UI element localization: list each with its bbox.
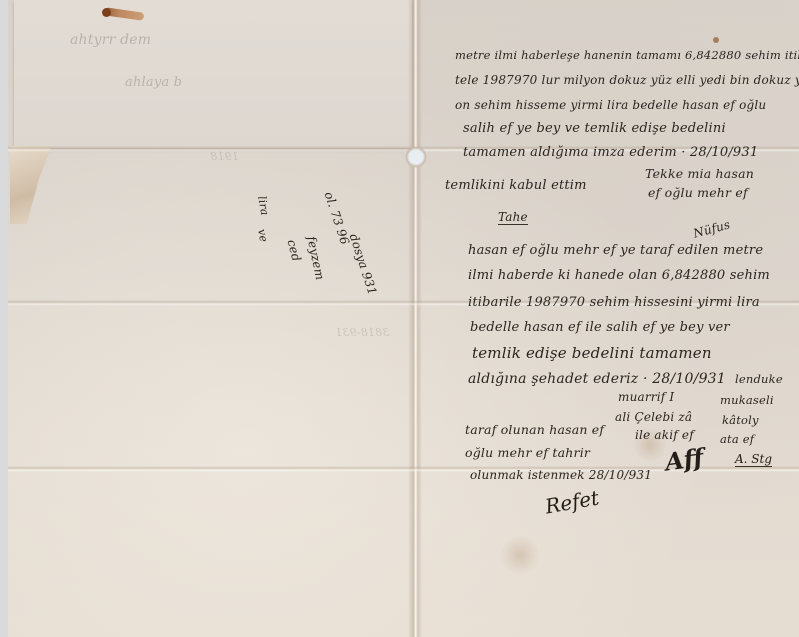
witness-line: ilmi haberde ki hanede olan 6,842880 seh…	[468, 268, 770, 283]
right-block-line: kâtoly	[722, 413, 759, 427]
rust-spot	[713, 37, 719, 43]
document-photo: ahtyrr dem ahlaya b ol. 73 96 dosya 931 …	[0, 0, 799, 637]
faint-handwriting: ahlaya b	[125, 75, 182, 90]
bleed-through-text: 1918	[210, 150, 239, 163]
right-block-line: mukaseli	[720, 393, 774, 407]
rotated-note: ve	[255, 228, 270, 243]
acceptor-name: Tekke mia hasan	[645, 166, 754, 181]
folded-flap	[14, 0, 412, 148]
witness-line: temlik edişe bedelini tamamen	[472, 344, 712, 362]
rust-spot	[102, 8, 111, 17]
bleed-through-text: 3818-931	[335, 326, 389, 339]
witness-line: hasan ef oğlu mehr ef ye taraf edilen me…	[468, 243, 763, 258]
right-block-line: ata ef	[720, 432, 754, 446]
handwritten-line: on sehim hisseme yirmi lira bedelle hasa…	[455, 98, 766, 112]
handwritten-line: tamamen aldığıma imza ederim · 28/10/931	[463, 145, 758, 160]
muarrif-line: muarrif I	[618, 390, 674, 404]
handwritten-line: metre ilmi haberleşe hanenin tamamı 6,84…	[455, 48, 799, 62]
muarrif-line: ali Çelebi zâ	[615, 410, 692, 424]
faint-handwriting: ahtyrr dem	[70, 32, 151, 48]
muarrif-line: ile akif ef	[635, 428, 694, 442]
tahe-heading: Tahe	[498, 210, 528, 225]
right-block-line: lenduke	[735, 372, 783, 386]
bottom-left-line: olunmak istenmek 28/10/931	[470, 468, 652, 482]
handwritten-line: salih ef ye bey ve temlik edişe bedelini	[463, 121, 726, 136]
witness-line: bedelle hasan ef ile salih ef ye bey ver	[470, 320, 730, 335]
water-stain	[500, 535, 540, 575]
signature-center: Aff	[663, 442, 705, 476]
vertical-fold-crease	[408, 0, 422, 637]
witness-line: itibarile 1987970 sehim hissesini yirmi …	[468, 295, 760, 310]
witness-line: aldığına şehadet ederiz · 28/10/931	[468, 371, 726, 387]
bottom-left-line: taraf olunan hasan ef	[465, 422, 604, 437]
handwritten-line: tele 1987970 lur milyon dokuz yüz elli y…	[455, 73, 799, 87]
acceptance-line: temlikini kabul ettim	[445, 178, 587, 193]
signature-right: A. Stg	[735, 452, 772, 467]
bottom-left-line: oğlu mehr ef tahrir	[465, 445, 590, 460]
acceptor-name: ef oğlu mehr ef	[648, 185, 748, 200]
